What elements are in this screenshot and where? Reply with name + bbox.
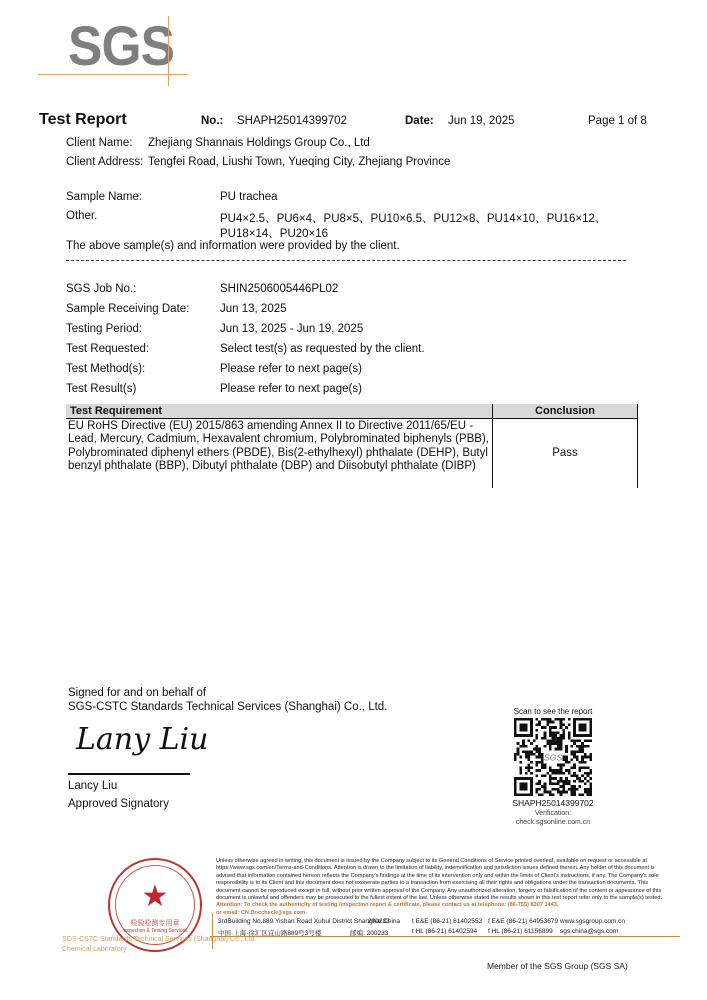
star-icon: ★ bbox=[110, 882, 200, 912]
report-no-label: No.: bbox=[201, 115, 223, 127]
date-value: Jun 19, 2025 bbox=[448, 115, 515, 127]
job-row-value: SHIN2506005446PL02 bbox=[220, 283, 338, 295]
website[interactable]: www.sgsgroup.com.cn bbox=[560, 918, 625, 925]
job-row-value: Select test(s) as requested by the clien… bbox=[220, 343, 425, 355]
stamp-english-text: Inspection & Testing Services bbox=[110, 928, 200, 934]
client-address-value: Tengfei Road, Liushi Town, Yueqing City,… bbox=[148, 156, 450, 168]
email[interactable]: sgs.china@sgs.com bbox=[560, 928, 618, 935]
test-requirement-table: Test Requirement Conclusion EU RoHS Dire… bbox=[66, 404, 638, 488]
fax-hl: f HL (86-21) 61156899 bbox=[488, 928, 553, 935]
disclaimer: Unless otherwise agreed in writing, this… bbox=[216, 858, 672, 917]
dashed-divider bbox=[66, 260, 626, 261]
signature-line bbox=[68, 773, 190, 775]
logo-vertical-line bbox=[168, 16, 169, 86]
stamp-center-text: 检验检测专用章 bbox=[110, 918, 200, 928]
job-row-value: Jun 13, 2025 bbox=[220, 303, 287, 315]
stamp-caption: SGS-CSTC Standards Technical Services (S… bbox=[62, 936, 256, 943]
report-no-value: SHAPH25014399702 bbox=[237, 115, 347, 127]
signatory-name: Lancy Liu bbox=[68, 780, 117, 792]
requirement-header: Test Requirement bbox=[66, 404, 493, 419]
other-value-line1: PU4×2.5、PU6×4、PU8×5、PU10×6.5、PU12×8、PU14… bbox=[220, 210, 606, 226]
logo-underline bbox=[38, 74, 188, 75]
qr-report-no: SHAPH25014399702 bbox=[508, 798, 598, 808]
job-row-label: Test Result(s) bbox=[66, 383, 136, 395]
terms-link[interactable]: https://www.sgs.com/en/Terms-and-Conditi… bbox=[216, 865, 331, 871]
stamp-caption-lab: Chemical Laboratory bbox=[62, 946, 127, 953]
doccheck-email-link[interactable]: CN.Doccheck@sgs.com bbox=[241, 910, 305, 916]
job-row-value: Jun 13, 2025 - Jun 19, 2025 bbox=[220, 323, 363, 335]
qr-caption: Scan to see the report bbox=[508, 707, 598, 716]
postcode-en: 200233 bbox=[368, 918, 390, 925]
handwritten-signature: Lany Liu bbox=[76, 722, 208, 757]
client-address-label: Client Address: bbox=[66, 156, 143, 168]
tel-ee: t E&E (86-21) 61402553 bbox=[412, 918, 482, 925]
page-number: Page 1 of 8 bbox=[588, 115, 647, 127]
sample-name-label: Sample Name: bbox=[66, 191, 142, 203]
authenticity-notice: Attention: To check the authenticity of … bbox=[216, 902, 558, 908]
other-value-line2: PU18×14、PU20×16 bbox=[220, 225, 328, 241]
client-name-value: Zhejiang Shannais Holdings Group Co., Lt… bbox=[148, 137, 370, 149]
conclusion-cell: Pass bbox=[493, 419, 638, 489]
client-name-label: Client Name: bbox=[66, 137, 132, 149]
footer-vertical-divider bbox=[212, 913, 213, 949]
verification-url[interactable]: check.sgsonline.com.cn bbox=[508, 819, 598, 826]
other-label: Other. bbox=[66, 210, 97, 222]
member-note: Member of the SGS Group (SGS SA) bbox=[487, 961, 628, 971]
job-row-value: Please refer to next page(s) bbox=[220, 383, 362, 395]
conclusion-header: Conclusion bbox=[493, 404, 638, 419]
signatory-company: SGS-CSTC Standards Technical Services (S… bbox=[68, 701, 387, 713]
job-row-label: Testing Period: bbox=[66, 323, 142, 335]
fax-ee: f E&E (86-21) 64953679 bbox=[488, 918, 558, 925]
requirement-cell: EU RoHS Directive (EU) 2015/863 amending… bbox=[66, 419, 493, 489]
table-row: EU RoHS Directive (EU) 2015/863 amending… bbox=[66, 419, 638, 489]
signatory-role: Approved Signatory bbox=[68, 798, 169, 810]
report-title: Test Report bbox=[39, 111, 127, 129]
job-row-label: Test Requested: bbox=[66, 343, 149, 355]
job-row-value: Please refer to next page(s) bbox=[220, 363, 362, 375]
qr-code-icon: SGS bbox=[514, 718, 592, 796]
svg-text:SGS: SGS bbox=[544, 752, 562, 762]
job-row-label: Test Method(s): bbox=[66, 363, 145, 375]
tel-hl: t HL (86-21) 61402594 bbox=[412, 928, 477, 935]
qr-code[interactable]: SGS bbox=[514, 718, 592, 796]
date-label: Date: bbox=[405, 115, 434, 127]
job-row-label: Sample Receiving Date: bbox=[66, 303, 189, 315]
provided-note: The above sample(s) and information were… bbox=[66, 240, 400, 252]
verification-label: Verification: bbox=[508, 810, 598, 817]
job-row-label: SGS Job No.: bbox=[66, 283, 136, 295]
footer-divider bbox=[210, 936, 680, 937]
sgs-logo: SGS bbox=[68, 18, 174, 74]
signed-for-label: Signed for and on behalf of bbox=[68, 687, 206, 699]
sample-name-value: PU trachea bbox=[220, 191, 278, 203]
